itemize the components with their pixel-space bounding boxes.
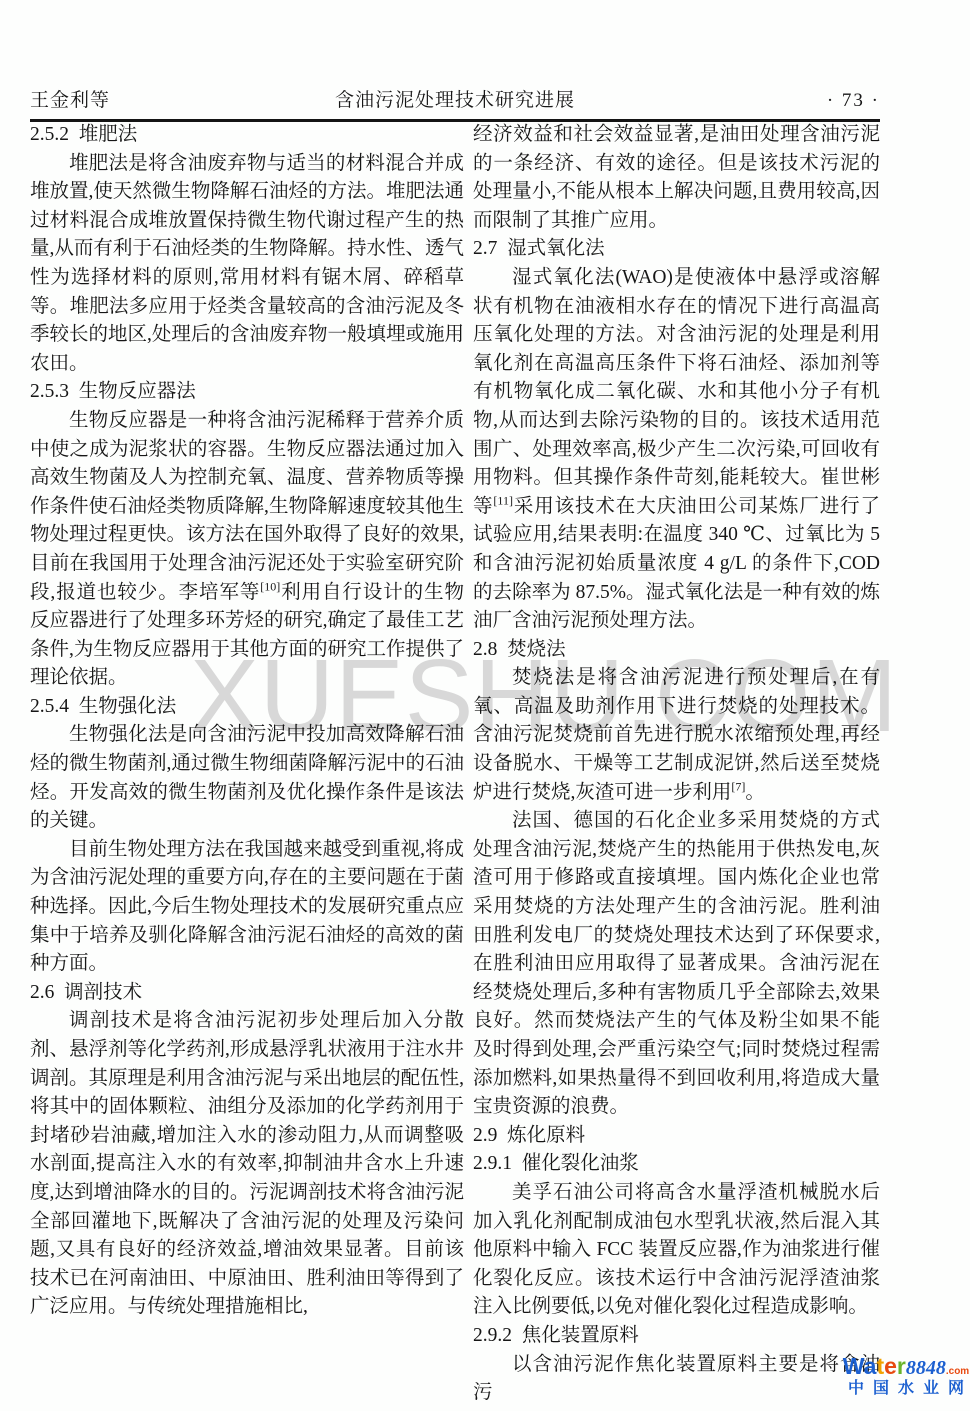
logo-word-water: Water	[843, 1353, 906, 1379]
section-heading: 2.7 湿式氧化法	[473, 235, 880, 264]
logo-tld-com: .com	[946, 1366, 969, 1377]
paragraph: 调剖技术是将含油污泥初步处理后加入分散剂、悬浮剂等化学药剂,形成悬浮乳状液用于注…	[30, 1007, 464, 1322]
citation-ref: [10]	[260, 579, 280, 593]
paragraph: 生物反应器是一种将含油污泥稀释于营养介质中使之成为泥浆状的容器。生物反应器法通过…	[30, 407, 464, 693]
text-column-right: 经济效益和社会效益显著,是油田处理含油污泥的一条经济、有效的途径。但是该技术污泥…	[473, 121, 880, 1408]
logo-subtitle: 中国水业网	[841, 1381, 970, 1398]
paragraph: 焚烧法是将含油污泥进行预处理后,在有氧、高温及助剂作用下进行焚烧的处理技术。含油…	[473, 664, 880, 807]
logo-number-8848: 8848	[906, 1357, 946, 1379]
logo-letter: a	[864, 1353, 877, 1379]
water8848-logo: Water8848.com 中国水业网	[841, 1354, 970, 1398]
paragraph: 湿式氧化法(WAO)是使液体中悬浮或溶解状有机物在油液相水存在的情况下进行高温高…	[473, 264, 880, 636]
section-heading: 2.5.4 生物强化法	[30, 693, 464, 722]
section-heading: 2.8 焚烧法	[473, 636, 880, 665]
scanned-paper-page: 王金利等 含油污泥处理技术研究进展 · 73 · XUESHU.COM 2.5.…	[0, 0, 970, 1411]
section-heading: 2.9.1 催化裂化油浆	[473, 1150, 880, 1179]
running-head-author: 王金利等	[30, 85, 110, 112]
citation-ref: [11]	[493, 493, 513, 507]
running-head-title: 含油污泥处理技术研究进展	[335, 85, 575, 112]
paragraph: 堆肥法是将含油废弃物与适当的材料混合并成堆放置,使天然微生物降解石油烃的方法。堆…	[30, 150, 464, 379]
logo-letter: t	[876, 1353, 884, 1379]
paragraph: 生物强化法是向含油污泥中投加高效降解石油烃的微生物菌剂,通过微生物细菌降解污泥中…	[30, 721, 464, 835]
paragraph: 经济效益和社会效益显著,是油田处理含油污泥的一条经济、有效的途径。但是该技术污泥…	[473, 121, 880, 235]
logo-letter: e	[884, 1353, 897, 1379]
logo-letter: r	[897, 1353, 906, 1379]
logo-letter: W	[843, 1353, 864, 1379]
logo-wordmark: Water8848.com	[841, 1354, 970, 1379]
section-heading: 2.6 调剖技术	[30, 979, 464, 1008]
section-heading: 2.9.2 焦化装置原料	[473, 1322, 880, 1351]
section-heading: 2.9 炼化原料	[473, 1122, 880, 1151]
text-column-left: 2.5.2 堆肥法堆肥法是将含油废弃物与适当的材料混合并成堆放置,使天然微生物降…	[30, 121, 464, 1322]
paragraph: 目前生物处理方法在我国越来越受到重视,将成为含油污泥处理的重要方向,存在的主要问…	[30, 836, 464, 979]
paragraph: 美孚石油公司将高含水量浮渣机械脱水后加入乳化剂配制成油包水型乳状液,然后混入其他…	[473, 1179, 880, 1322]
page-header: 王金利等 含油污泥处理技术研究进展 · 73 ·	[30, 68, 880, 122]
paragraph: 以含油污泥作焦化装置原料主要是将含油污	[473, 1351, 880, 1408]
section-heading: 2.5.2 堆肥法	[30, 121, 464, 150]
citation-ref: [7]	[731, 779, 745, 793]
section-heading: 2.5.3 生物反应器法	[30, 378, 464, 407]
page-number: · 73 ·	[827, 90, 880, 112]
paragraph: 法国、德国的石化企业多采用焚烧的方式处理含油污泥,焚烧产生的热能用于供热发电,灰…	[473, 807, 880, 1122]
